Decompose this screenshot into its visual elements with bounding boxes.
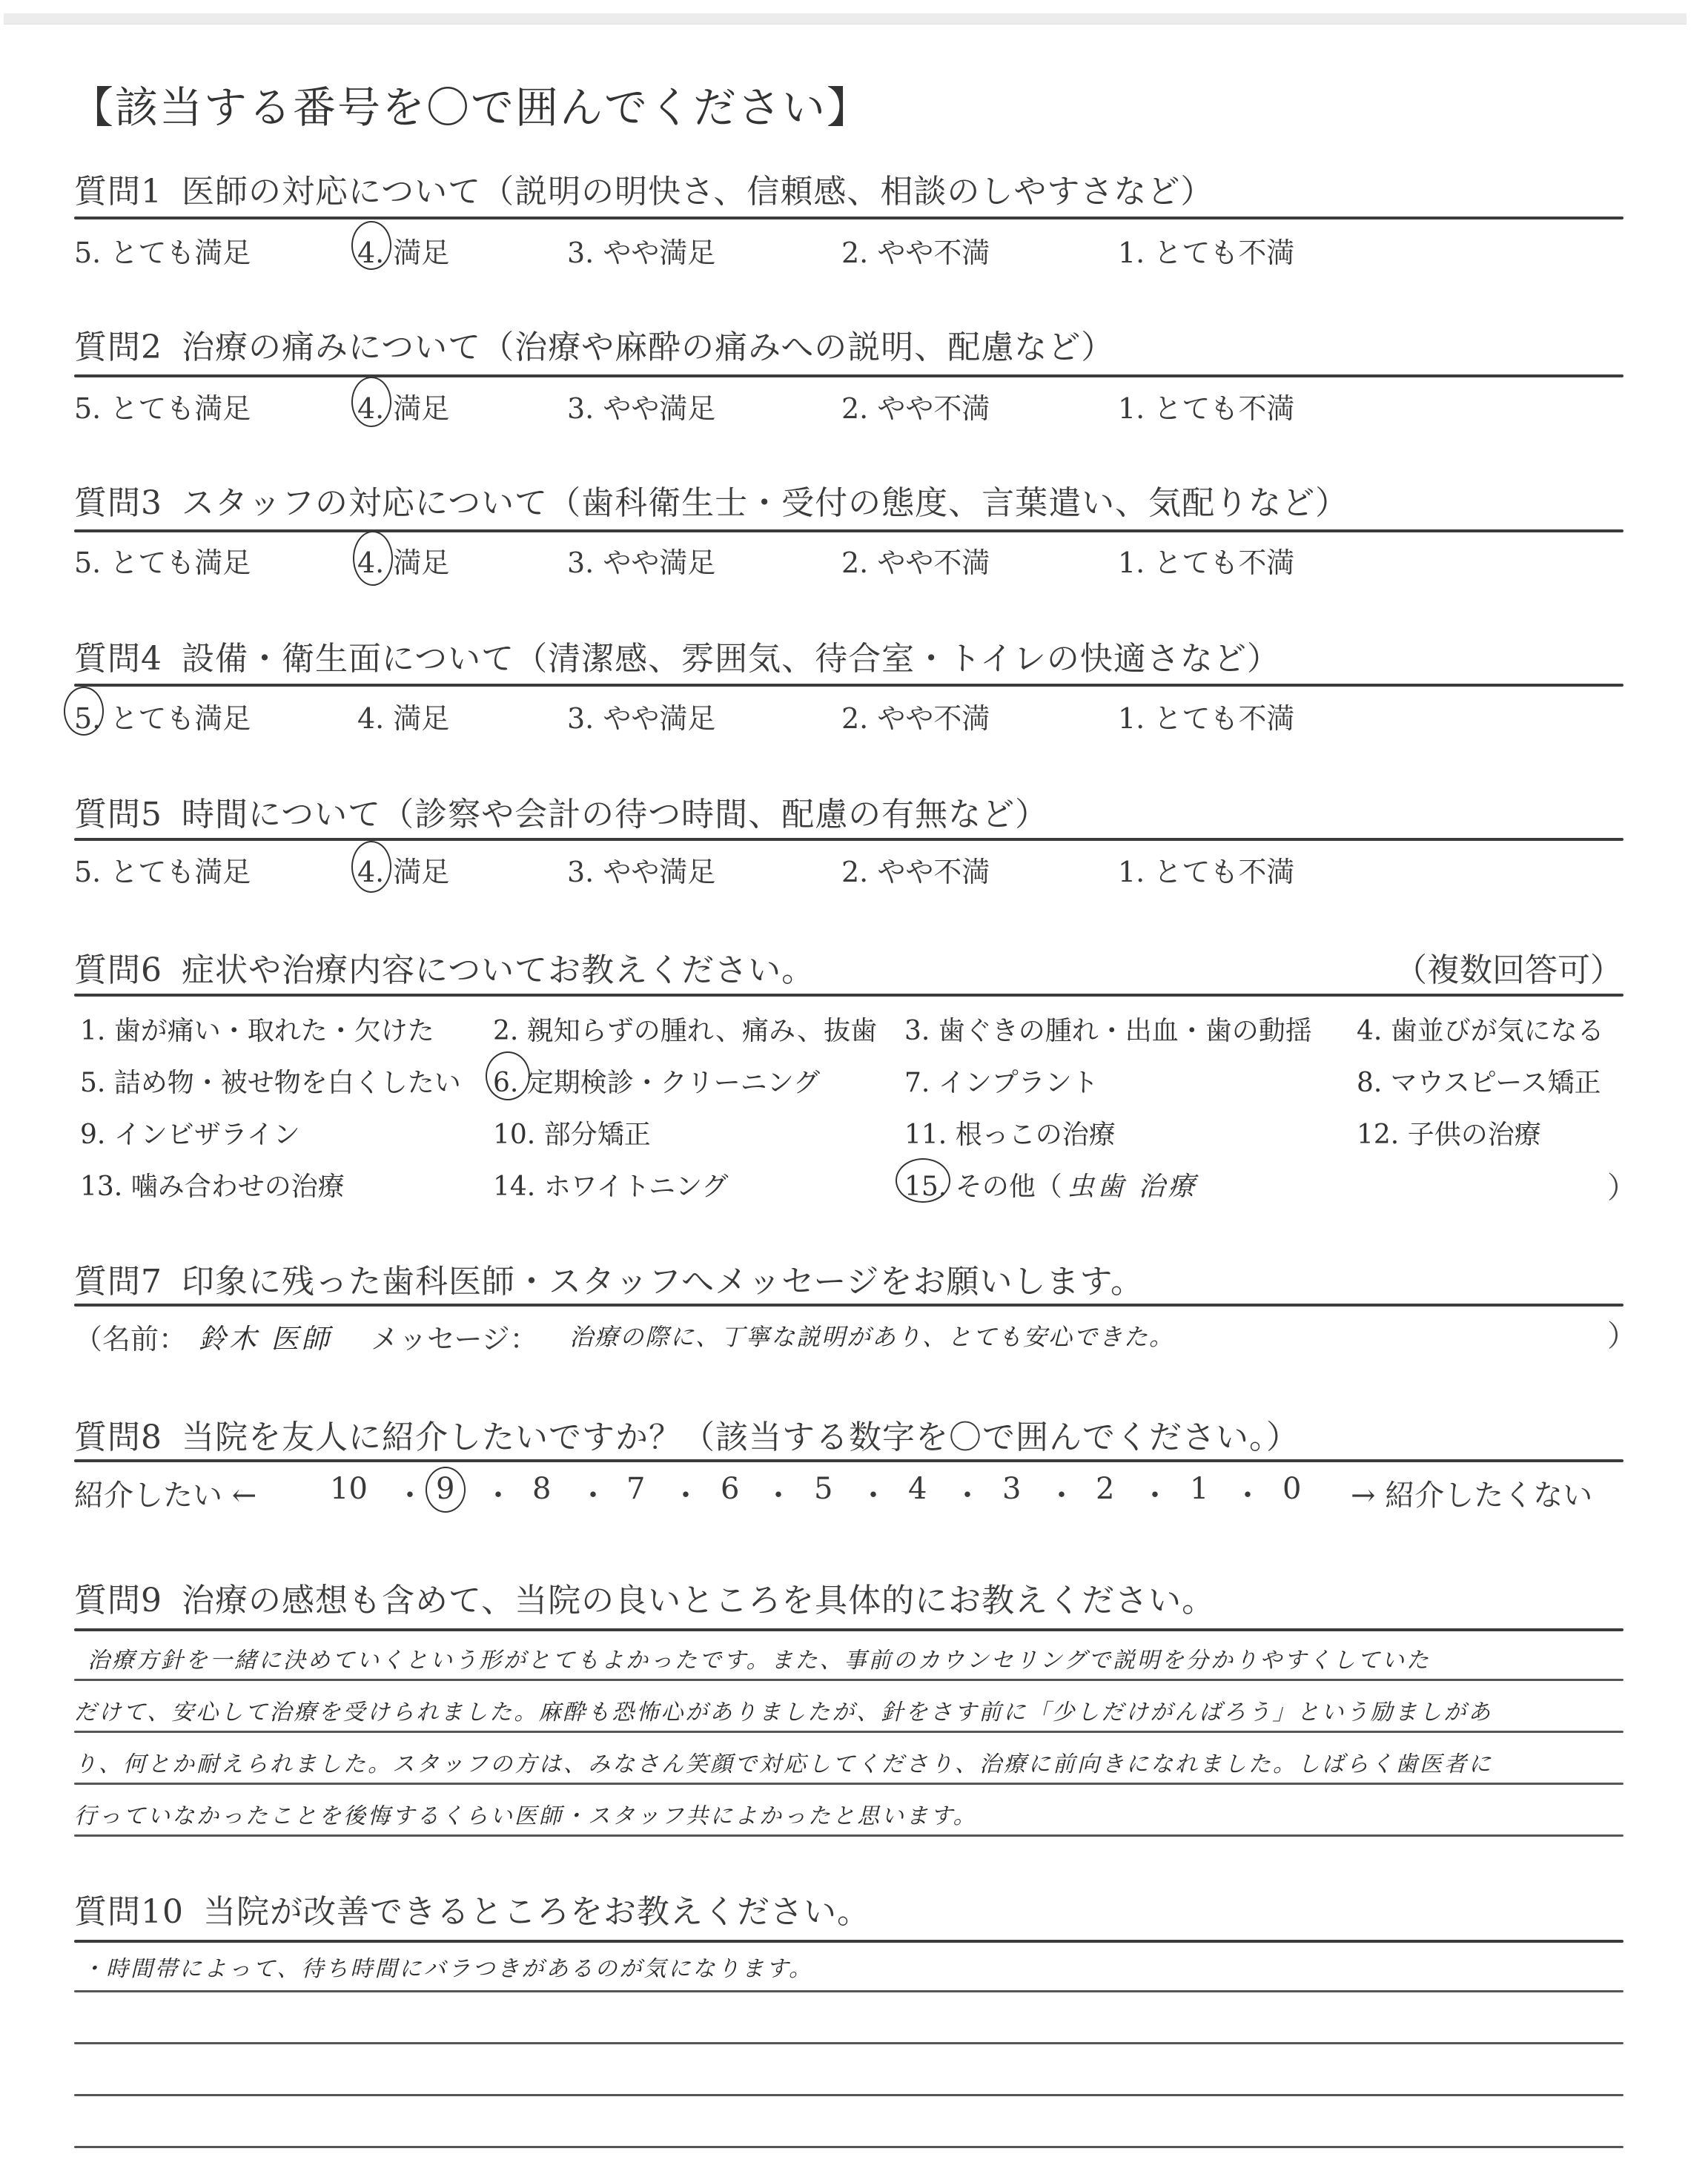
q6-other-answer[interactable]: 虫歯 治療 bbox=[1067, 1166, 1197, 1203]
question-text: スタッフの対応について（歯科衛生士・受付の態度、言葉遣い、気配りなど） bbox=[182, 484, 1348, 522]
question-2-heading: 質問2治療の痛みについて（治療や麻酔の痛みへの説明、配慮など） bbox=[74, 320, 1114, 368]
question-4-heading: 質問4設備・衛生面について（清潔感、雰囲気、待合室・トイレの快適さなど） bbox=[74, 632, 1280, 679]
writing-line bbox=[74, 2094, 1623, 2096]
dot: ・ bbox=[858, 1472, 888, 1514]
q2-option-1[interactable]: 1. とても不満 bbox=[1118, 386, 1294, 426]
writing-line bbox=[74, 2042, 1623, 2044]
question-text: 当院が改善できるところをお教えください。 bbox=[203, 1893, 870, 1931]
message-label: メッセージ： bbox=[371, 1316, 538, 1357]
score-10[interactable]: 10 bbox=[330, 1472, 368, 1506]
q1-option-1[interactable]: 1. とても不満 bbox=[1118, 230, 1294, 271]
question-text: 当院を友人に紹介したいですか？（該当する数字を〇で囲んでください。） bbox=[182, 1418, 1300, 1456]
q6-option-10[interactable]: 10. 部分矯正 bbox=[493, 1114, 651, 1152]
score-7[interactable]: 7 bbox=[626, 1472, 645, 1506]
multiple-answers-note: （複数回答可） bbox=[1394, 943, 1623, 991]
scan-top-edge bbox=[4, 13, 1687, 24]
q1-option-3[interactable]: 3. やや満足 bbox=[567, 230, 715, 271]
question-text: 印象に残った歯科医師・スタッフへメッセージをお願いします。 bbox=[182, 1263, 1144, 1301]
divider bbox=[74, 684, 1623, 687]
message-answer[interactable]: 治療の際に、丁寧な説明があり、とても安心できた。 bbox=[569, 1318, 1174, 1353]
dot: ・ bbox=[671, 1472, 701, 1514]
q1-option-4[interactable]: 4. 満足 bbox=[357, 230, 449, 271]
score-5[interactable]: 5 bbox=[814, 1472, 833, 1506]
q5-option-2[interactable]: 2. やや不満 bbox=[841, 849, 990, 890]
dot: ・ bbox=[483, 1472, 513, 1514]
staff-name-answer[interactable]: 鈴木 医師 bbox=[199, 1316, 332, 1356]
question-number: 質問2 bbox=[74, 328, 162, 366]
dot: ・ bbox=[1233, 1472, 1262, 1514]
q6-option-11[interactable]: 11. 根っこの治療 bbox=[904, 1114, 1116, 1152]
question-text: 治療の痛みについて（治療や麻酔の痛みへの説明、配慮など） bbox=[182, 328, 1114, 366]
q3-option-1[interactable]: 1. とても不満 bbox=[1118, 540, 1294, 581]
q6-option-15[interactable]: 15. その他（ bbox=[904, 1166, 1062, 1203]
question-number: 質問8 bbox=[74, 1418, 162, 1456]
q6-option-4[interactable]: 4. 歯並びが気になる bbox=[1357, 1010, 1604, 1048]
dot: ・ bbox=[953, 1472, 982, 1514]
answer-line-2[interactable]: だけて、安心して治療を受けられました。麻酔も恐怖心がありましたが、針をさす前に「… bbox=[74, 1694, 1492, 1726]
divider bbox=[74, 1459, 1623, 1462]
question-text: 症状や治療内容についてお教えください。 bbox=[182, 951, 815, 989]
q2-option-4[interactable]: 4. 満足 bbox=[357, 386, 449, 426]
score-2[interactable]: 2 bbox=[1096, 1472, 1114, 1506]
question-number: 質問5 bbox=[74, 796, 162, 833]
question-number: 質問1 bbox=[74, 173, 162, 211]
not-recommend-label: → 紹介したくない bbox=[1351, 1472, 1592, 1514]
question-number: 質問3 bbox=[74, 484, 162, 522]
q5-option-3[interactable]: 3. やや満足 bbox=[567, 849, 715, 890]
q6-option-8[interactable]: 8. マウスピース矯正 bbox=[1357, 1062, 1601, 1100]
q6-option-7[interactable]: 7. インプラント bbox=[904, 1062, 1099, 1100]
q3-option-3[interactable]: 3. やや満足 bbox=[567, 540, 715, 581]
divider bbox=[74, 838, 1623, 841]
q3-option-5[interactable]: 5. とても満足 bbox=[74, 540, 251, 581]
writing-line bbox=[74, 1834, 1623, 1837]
score-3[interactable]: 3 bbox=[1002, 1472, 1021, 1506]
question-text: 設備・衛生面について（清潔感、雰囲気、待合室・トイレの快適さなど） bbox=[182, 640, 1280, 678]
divider bbox=[74, 217, 1623, 219]
score-6[interactable]: 6 bbox=[721, 1472, 739, 1506]
question-9-heading: 質問9治療の感想も含めて、当院の良いところを具体的にお教えください。 bbox=[74, 1573, 1215, 1621]
q4-option-1[interactable]: 1. とても不満 bbox=[1118, 696, 1294, 736]
q3-option-4[interactable]: 4. 満足 bbox=[357, 540, 449, 581]
q4-option-4[interactable]: 4. 満足 bbox=[357, 696, 449, 736]
q6-option-2[interactable]: 2. 親知らずの腫れ、痛み、抜歯 bbox=[493, 1010, 877, 1048]
q6-option-1[interactable]: 1. 歯が痛い・取れた・欠けた bbox=[80, 1010, 434, 1048]
q4-option-3[interactable]: 3. やや満足 bbox=[567, 696, 715, 736]
dot: ・ bbox=[578, 1472, 608, 1514]
name-label: （名前： bbox=[74, 1316, 187, 1357]
q5-option-5[interactable]: 5. とても満足 bbox=[74, 849, 251, 890]
score-8[interactable]: 8 bbox=[532, 1472, 551, 1506]
question-8-heading: 質問8当院を友人に紹介したいですか？（該当する数字を〇で囲んでください。） bbox=[74, 1410, 1300, 1458]
q6-option-6[interactable]: 6. 定期検診・クリーニング bbox=[493, 1062, 820, 1100]
q2-option-5[interactable]: 5. とても満足 bbox=[74, 386, 251, 426]
q6-option-14[interactable]: 14. ホワイトニング bbox=[493, 1166, 728, 1203]
q5-option-4[interactable]: 4. 満足 bbox=[357, 849, 449, 890]
answer-line-1[interactable]: 治療方針を一緒に決めていくという形がとてもよかったです。また、事前のカウンセリン… bbox=[87, 1642, 1431, 1674]
q4-option-5[interactable]: 5. とても満足 bbox=[74, 696, 251, 736]
dot: ・ bbox=[764, 1472, 793, 1514]
question-3-heading: 質問3スタッフの対応について（歯科衛生士・受付の態度、言葉遣い、気配りなど） bbox=[74, 476, 1348, 524]
q5-option-1[interactable]: 1. とても不満 bbox=[1118, 849, 1294, 890]
divider bbox=[74, 1628, 1623, 1631]
score-9[interactable]: 9 bbox=[436, 1472, 454, 1506]
question-7-heading: 質問7印象に残った歯科医師・スタッフへメッセージをお願いします。 bbox=[74, 1255, 1144, 1302]
question-number: 質問6 bbox=[74, 951, 162, 989]
q6-option-9[interactable]: 9. インビザライン bbox=[80, 1114, 300, 1152]
question-number: 質問7 bbox=[74, 1263, 162, 1301]
question-text: 治療の感想も含めて、当院の良いところを具体的にお教えください。 bbox=[182, 1582, 1215, 1619]
question-10-heading: 質問10当院が改善できるところをお教えください。 bbox=[74, 1885, 870, 1932]
divider bbox=[74, 374, 1623, 377]
answer-line-1[interactable]: ・時間帯によって、待ち時間にバラつきがあるのが気になります。 bbox=[82, 1950, 813, 1983]
writing-line bbox=[74, 1679, 1623, 1681]
divider bbox=[74, 529, 1623, 532]
answer-line-3[interactable]: り、何とか耐えられました。スタッフの方は、みなさん笑顔で対応してくださり、治療に… bbox=[74, 1745, 1493, 1778]
dot: ・ bbox=[1140, 1472, 1170, 1514]
question-text: 時間について（診察や会計の待つ時間、配慮の有無など） bbox=[182, 796, 1048, 833]
writing-line bbox=[74, 1731, 1623, 1733]
question-number: 質問4 bbox=[74, 640, 162, 678]
score-0[interactable]: 0 bbox=[1282, 1472, 1301, 1506]
score-4[interactable]: 4 bbox=[908, 1472, 927, 1506]
q6-option-13[interactable]: 13. 噛み合わせの治療 bbox=[80, 1166, 345, 1203]
q6-option-3[interactable]: 3. 歯ぐきの腫れ・出血・歯の動揺 bbox=[904, 1010, 1312, 1048]
q6-option-5[interactable]: 5. 詰め物・被せ物を白くしたい bbox=[80, 1062, 461, 1100]
writing-line bbox=[74, 1990, 1623, 1992]
question-5-heading: 質問5時間について（診察や会計の待つ時間、配慮の有無など） bbox=[74, 787, 1048, 835]
page-title: 【該当する番号を〇で囲んでください】 bbox=[70, 73, 871, 135]
question-text: 医師の対応について（説明の明快さ、信頼感、相談のしやすさなど） bbox=[182, 173, 1214, 211]
score-1[interactable]: 1 bbox=[1190, 1472, 1208, 1506]
recommend-label: 紹介したい ← bbox=[74, 1472, 256, 1514]
writing-line bbox=[74, 1783, 1623, 1785]
q1-option-2[interactable]: 2. やや不満 bbox=[841, 230, 990, 271]
q3-option-2[interactable]: 2. やや不満 bbox=[841, 540, 990, 581]
question-6-heading: 質問6症状や治療内容についてお教えください。 bbox=[74, 943, 815, 991]
writing-line bbox=[74, 2146, 1623, 2148]
closing-paren: ） bbox=[1607, 1312, 1637, 1355]
q6-option-12[interactable]: 12. 子供の治療 bbox=[1357, 1114, 1541, 1152]
divider bbox=[74, 994, 1623, 997]
question-number: 質問10 bbox=[74, 1893, 184, 1931]
dot: ・ bbox=[1047, 1472, 1076, 1514]
answer-line-4[interactable]: 行っていなかったことを後悔するくらい医師・スタッフ共によかったと思います。 bbox=[74, 1797, 978, 1830]
question-1-heading: 質問1医師の対応について（説明の明快さ、信頼感、相談のしやすさなど） bbox=[74, 165, 1214, 212]
q4-option-2[interactable]: 2. やや不満 bbox=[841, 696, 990, 736]
q2-option-2[interactable]: 2. やや不満 bbox=[841, 386, 990, 426]
q1-option-5[interactable]: 5. とても満足 bbox=[74, 230, 251, 271]
dot: ・ bbox=[395, 1472, 425, 1514]
divider bbox=[74, 1304, 1623, 1307]
divider bbox=[74, 1940, 1623, 1943]
q2-option-3[interactable]: 3. やや満足 bbox=[567, 386, 715, 426]
closing-paren: ） bbox=[1607, 1164, 1637, 1206]
question-number: 質問9 bbox=[74, 1582, 162, 1619]
